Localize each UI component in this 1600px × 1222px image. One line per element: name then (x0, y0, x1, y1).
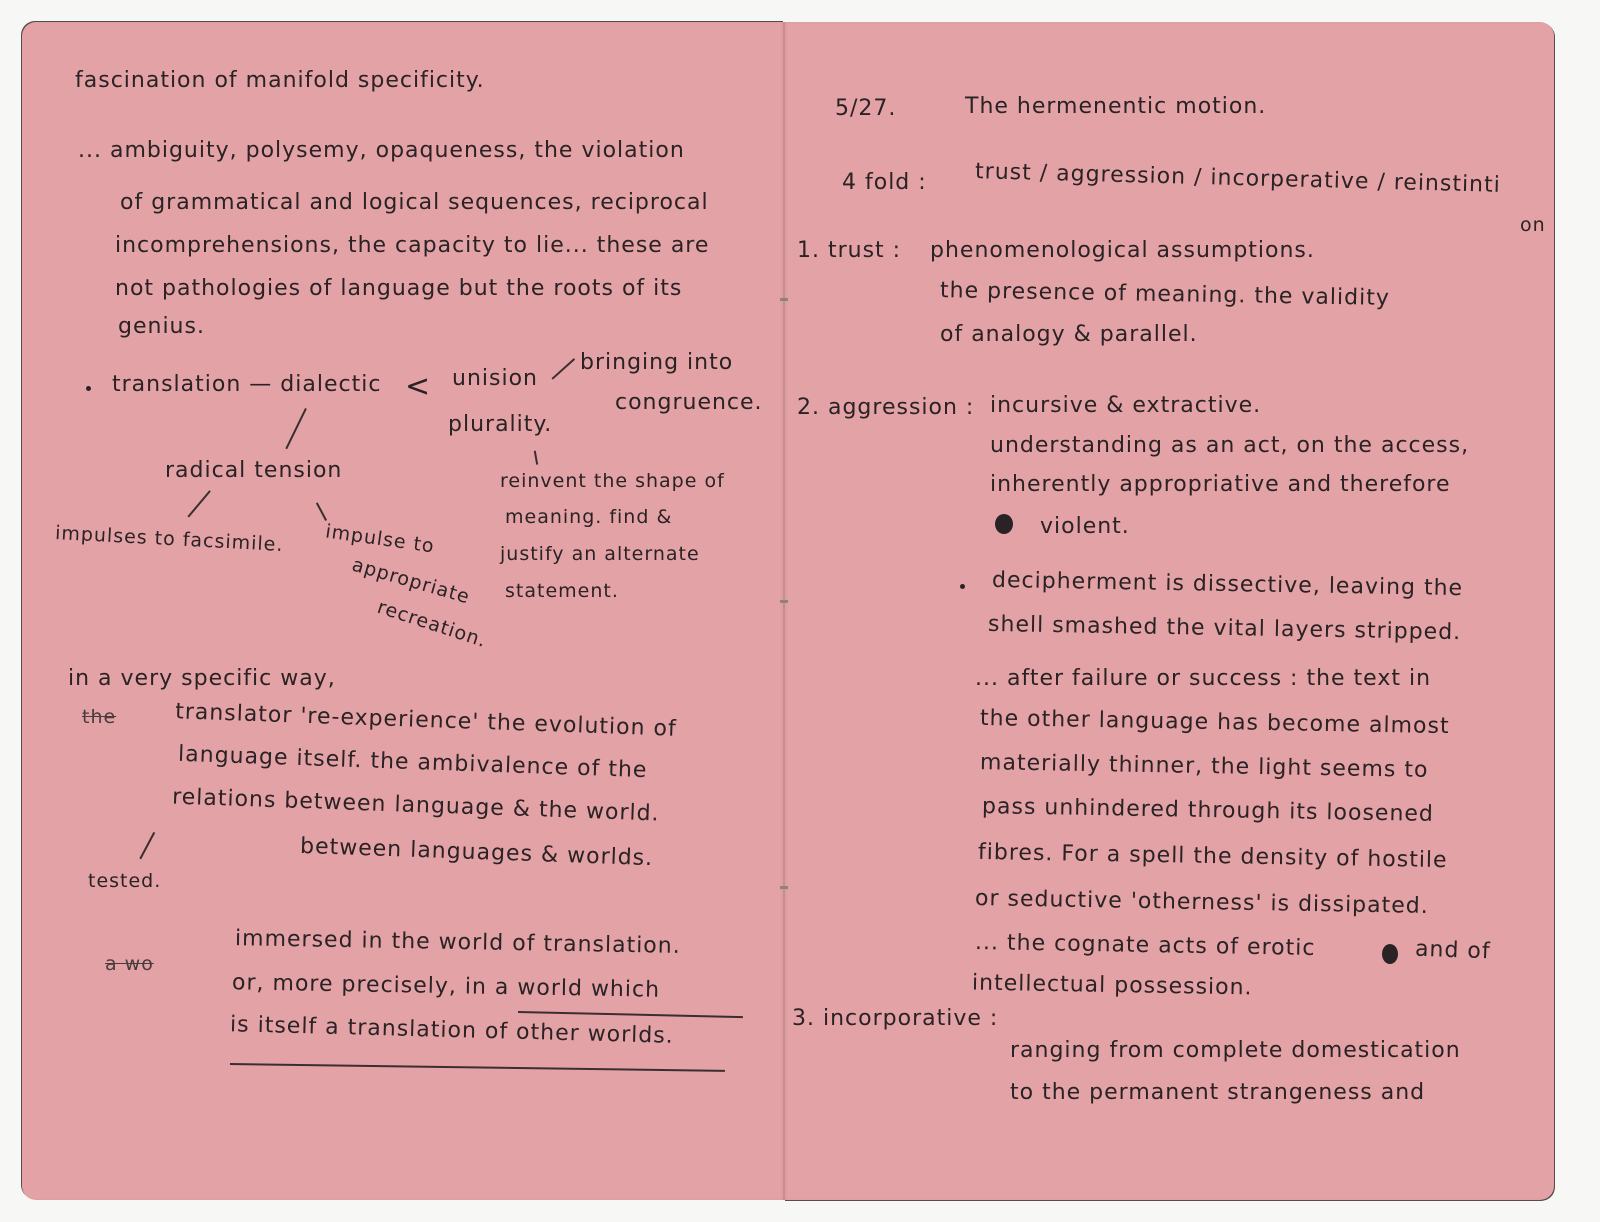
paragraph-line: genius. (118, 316, 205, 338)
paragraph-line: inherently appropriative and therefore (990, 474, 1451, 496)
staple-mark (780, 886, 788, 889)
bullet-dot (86, 386, 91, 391)
notebook-spine (783, 22, 785, 1200)
diagram-note: congruence. (615, 392, 763, 414)
diagram-note: statement. (505, 582, 619, 601)
paragraph-line: of analogy & parallel. (940, 324, 1198, 346)
paragraph-line: in a very specific way, (68, 668, 336, 690)
diagram-note: meaning. find & (505, 508, 672, 527)
paragraph-line: incomprehensions, the capacity to lie...… (115, 235, 709, 257)
diagram-root: translation — dialectic (112, 374, 381, 396)
entry-title: The hermenentic motion. (965, 96, 1266, 118)
paragraph-line: ... the cognate acts of erotic (975, 932, 1316, 960)
paragraph-line: ... ambiguity, polysemy, opaqueness, the… (78, 140, 685, 162)
paragraph-line: intellectual possession. (972, 973, 1253, 1000)
paragraph-line: to the permanent strangeness and (1010, 1082, 1425, 1104)
paragraph-line: and of (1415, 939, 1491, 964)
staple-mark (780, 298, 788, 301)
diagram-note: justify an alternate (500, 545, 700, 564)
section-label-trust: 1. trust : (797, 240, 901, 262)
ink-scribble (995, 514, 1013, 534)
struck-word: a wo (105, 955, 154, 974)
ink-scribble (1382, 944, 1398, 964)
diagram-note: bringing into (580, 352, 733, 374)
entry-date: 5/27. (835, 98, 896, 120)
paragraph-line: violent. (1040, 516, 1130, 538)
annotation-tested: tested. (88, 872, 161, 891)
heading-line: fascination of manifold specificity. (75, 70, 485, 92)
paragraph-line: ... after failure or success : the text … (975, 668, 1431, 690)
brace-icon: < (405, 372, 431, 402)
fourfold-wrap: on (1520, 216, 1546, 235)
paragraph-line: ranging from complete domestication (1010, 1040, 1461, 1062)
section-label-aggression: 2. aggression : (797, 397, 974, 419)
struck-word: the (82, 708, 116, 727)
diagram-note: reinvent the shape of (500, 472, 725, 491)
paragraph-line: understanding as an act, on the access, (990, 435, 1469, 457)
staple-mark (780, 600, 788, 603)
paragraph-line: phenomenological assumptions. (930, 240, 1315, 262)
diagram-plurality: plurality. (448, 414, 552, 436)
fourfold-label: 4 fold : (842, 172, 927, 194)
paragraph-line: not pathologies of language but the root… (115, 278, 682, 300)
paragraph-line: of grammatical and logical sequences, re… (120, 192, 709, 214)
diagram-tension: radical tension (165, 460, 342, 482)
section-label-incorporative: 3. incorporative : (792, 1008, 998, 1030)
bullet-dot (960, 584, 965, 589)
diagram-unison: unision (452, 368, 538, 390)
paragraph-line: incursive & extractive. (990, 395, 1261, 417)
